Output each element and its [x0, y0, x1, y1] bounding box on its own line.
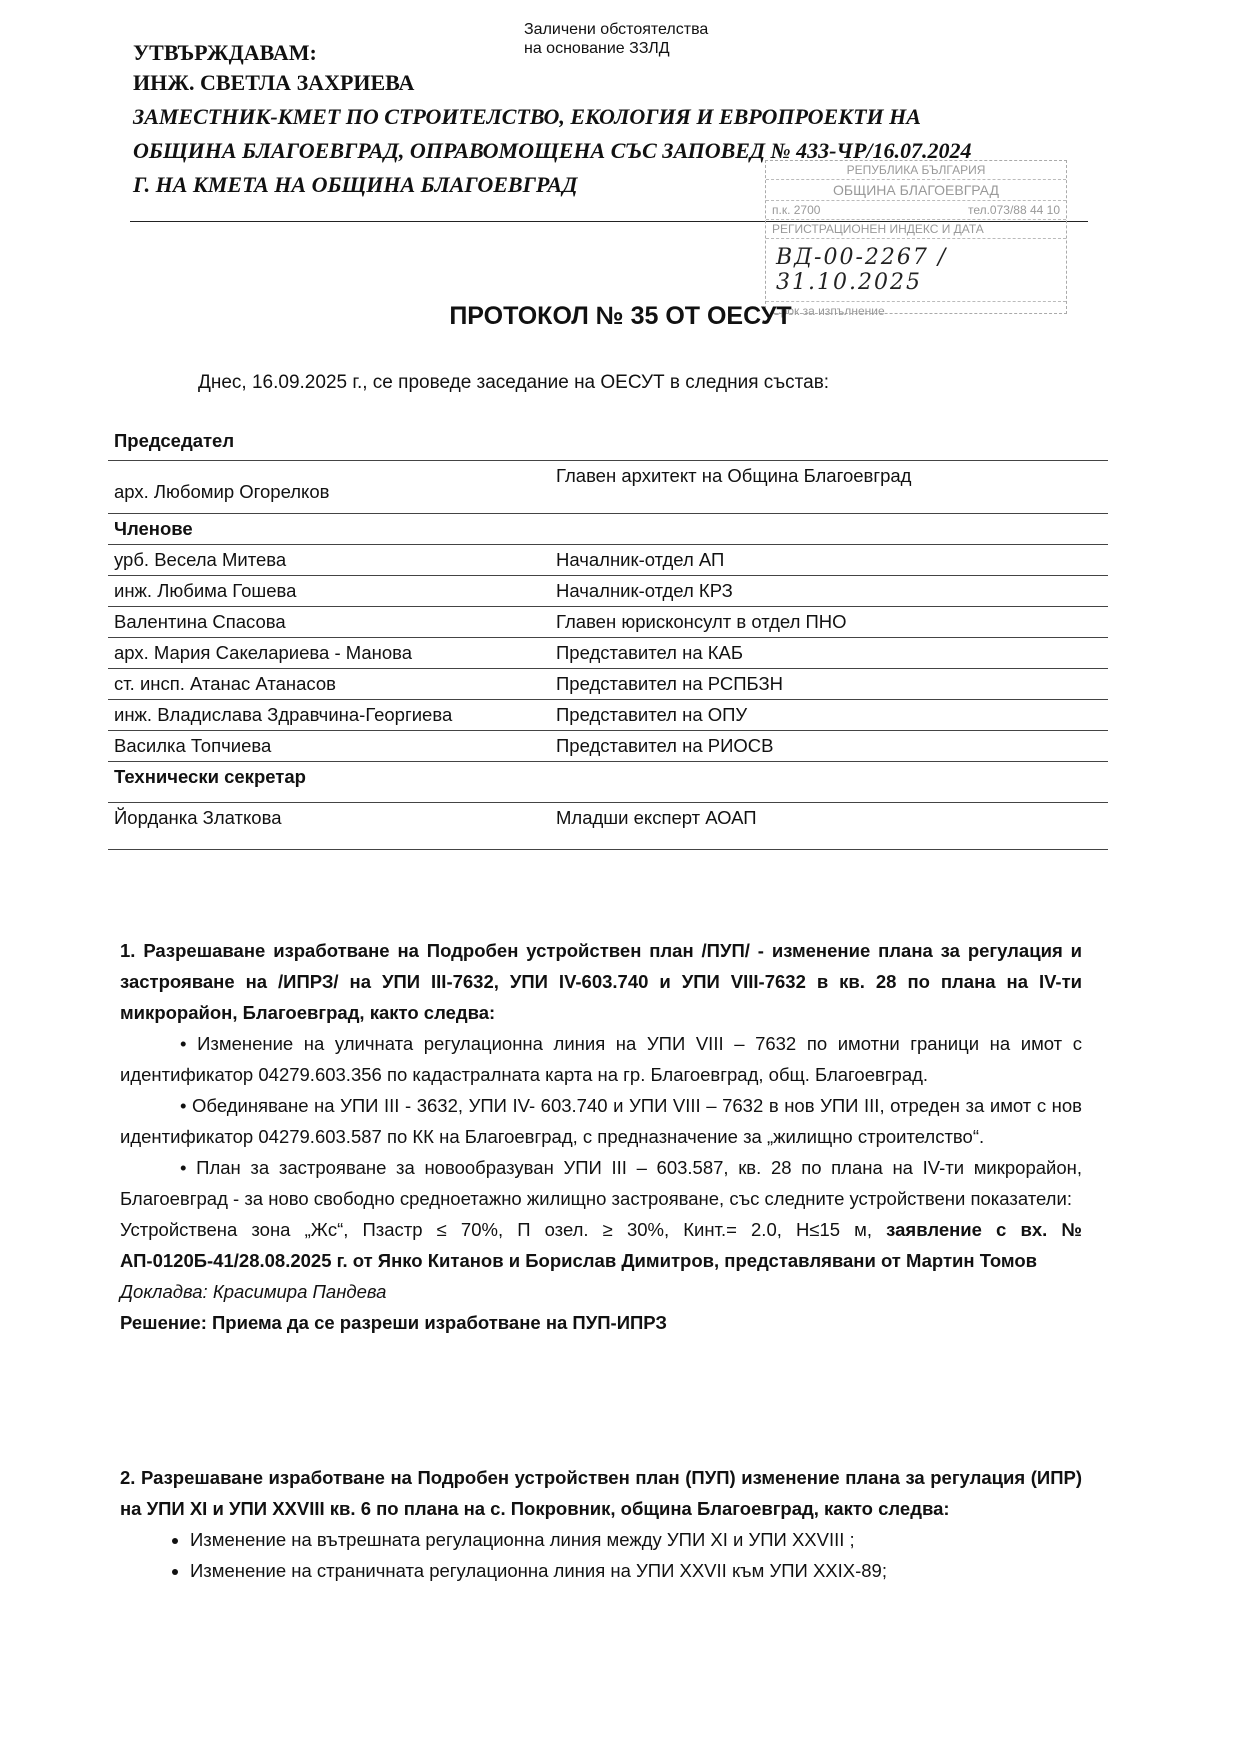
- redaction-note-line: на основание ЗЗЛД: [524, 39, 708, 58]
- approve-label: УТВЪРЖДАВАМ:: [133, 38, 414, 68]
- member-name: Валентина Спасова: [108, 607, 550, 638]
- member-name: арх. Мария Сакелариева - Манова: [108, 638, 550, 669]
- item-indicators-application: Устройствена зона „Жс“, Пзастр ≤ 70%, П …: [120, 1214, 1082, 1276]
- table-row-section: Членове: [108, 514, 1108, 545]
- table-row: Йорданка ЗлатковаМладши експерт АОАП: [108, 803, 1108, 850]
- member-role: Представител на ОПУ: [550, 700, 1108, 731]
- section-label: Технически секретар: [108, 762, 550, 803]
- role: [550, 424, 1108, 461]
- member-name: ст. инсп. Атанас Атанасов: [108, 669, 550, 700]
- member-role: Главен архитект на Община Благоевград: [550, 461, 1108, 514]
- member-name: инж. Владислава Здравчина-Георгиева: [108, 700, 550, 731]
- document-title: ПРОТОКОЛ № 35 ОТ ОЕСУТ: [0, 302, 1241, 331]
- member-name: инж. Любима Гошева: [108, 576, 550, 607]
- member-role: Представител на РИОСВ: [550, 731, 1108, 762]
- stamp-postal: п.к. 2700: [772, 203, 820, 217]
- member-role: Младши експерт АОАП: [550, 803, 1108, 850]
- member-role: Началник-отдел КРЗ: [550, 576, 1108, 607]
- item-heading: 2. Разрешаване изработване на Подробен у…: [120, 1462, 1082, 1524]
- item-bullet: • Изменение на уличната регулационна лин…: [120, 1028, 1082, 1090]
- role: [550, 762, 1108, 803]
- member-name: Йорданка Златкова: [108, 803, 550, 850]
- intro-text: Днес, 16.09.2025 г., се проведе заседани…: [198, 372, 829, 394]
- member-name: урб. Весела Митева: [108, 545, 550, 576]
- redaction-note-line: Заличени обстоятелства: [524, 20, 708, 39]
- item-reporter: Докладва: Красимира Пандева: [120, 1276, 1082, 1307]
- stamp-reg-value: ВД-00-2267 / 31.10.2025: [766, 239, 1066, 302]
- stamp-contact: п.к. 2700 тел.073/88 44 10: [766, 201, 1066, 220]
- item-bullet: • План за застрояване за новообразуван У…: [120, 1152, 1082, 1214]
- section-label: Членове: [108, 514, 550, 545]
- member-role: Представител на КАБ: [550, 638, 1108, 669]
- redaction-note: Заличени обстоятелства на основание ЗЗЛД: [524, 20, 708, 58]
- approver-name: ИНЖ. СВЕТЛА ЗАХРИЕВА: [133, 68, 414, 98]
- table-row: арх. Любомир ОгорелковГлавен архитект на…: [108, 461, 1108, 514]
- member-name: Василка Топчиева: [108, 731, 550, 762]
- table-row: инж. Любима ГошеваНачалник-отдел КРЗ: [108, 576, 1108, 607]
- table-row: Василка ТопчиеваПредставител на РИОСВ: [108, 731, 1108, 762]
- registration-stamp: РЕПУБЛИКА БЪЛГАРИЯ ОБЩИНА БЛАГОЕВГРАД п.…: [765, 160, 1067, 314]
- stamp-phone: тел.073/88 44 10: [968, 203, 1060, 217]
- item-indicators: Устройствена зона „Жс“, Пзастр ≤ 70%, П …: [120, 1219, 872, 1240]
- item-bullet: Изменение на страничната регулационна ли…: [190, 1555, 1082, 1586]
- members-table: Председател арх. Любомир ОгорелковГлавен…: [108, 424, 1108, 850]
- member-role: Главен юрисконсулт в отдел ПНО: [550, 607, 1108, 638]
- agenda-item-1: 1. Разрешаване изработване на Подробен у…: [120, 935, 1082, 1338]
- member-role: Началник-отдел АП: [550, 545, 1108, 576]
- item-bullet: • Обединяване на УПИ III - 3632, УПИ IV-…: [120, 1090, 1082, 1152]
- role: [550, 514, 1108, 545]
- table-row: арх. Мария Сакелариева - МановаПредстави…: [108, 638, 1108, 669]
- table-row: инж. Владислава Здравчина-ГеоргиеваПредс…: [108, 700, 1108, 731]
- deputy-line: ЗАМЕСТНИК-КМЕТ ПО СТРОИТЕЛСТВО, ЕКОЛОГИЯ…: [133, 100, 1083, 134]
- item-heading: 1. Разрешаване изработване на Подробен у…: [120, 935, 1082, 1028]
- section-label: Председател: [108, 424, 550, 461]
- item-decision: Решение: Приема да се разреши изработван…: [120, 1307, 1082, 1338]
- member-role: Представител на РСПБЗН: [550, 669, 1108, 700]
- table-row: урб. Весела МитеваНачалник-отдел АП: [108, 545, 1108, 576]
- table-row: Валентина СпасоваГлавен юрисконсулт в от…: [108, 607, 1108, 638]
- agenda-item-2: 2. Разрешаване изработване на Подробен у…: [120, 1462, 1082, 1586]
- item-bullet-list: Изменение на вътрешната регулационна лин…: [120, 1524, 1082, 1586]
- table-row-section: Технически секретар: [108, 762, 1108, 803]
- approval-block: УТВЪРЖДАВАМ: ИНЖ. СВЕТЛА ЗАХРИЕВА: [133, 38, 414, 98]
- item-bullet: Изменение на вътрешната регулационна лин…: [190, 1524, 1082, 1555]
- stamp-country: РЕПУБЛИКА БЪЛГАРИЯ: [766, 161, 1066, 180]
- stamp-reg-label: РЕГИСТРАЦИОНЕН ИНДЕКС И ДАТА: [766, 220, 1066, 239]
- table-row-section: Председател: [108, 424, 1108, 461]
- table-row: ст. инсп. Атанас АтанасовПредставител на…: [108, 669, 1108, 700]
- member-name: арх. Любомир Огорелков: [108, 461, 550, 514]
- stamp-municipality: ОБЩИНА БЛАГОЕВГРАД: [766, 180, 1066, 201]
